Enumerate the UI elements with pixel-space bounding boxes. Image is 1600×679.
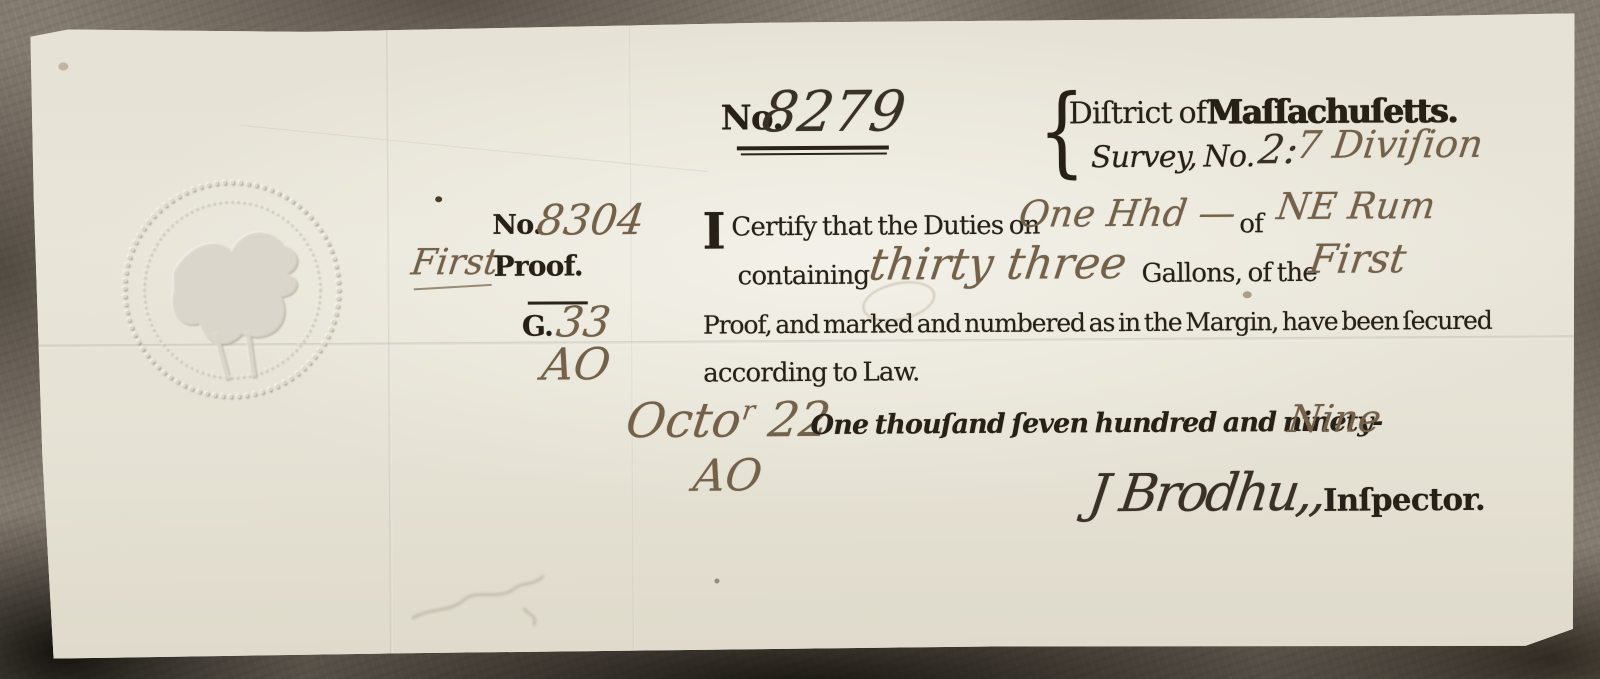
district-prefix: Diſtrict of: [1069, 96, 1207, 132]
date-month-superscript: r: [740, 395, 757, 426]
survey-label: Survey, No.: [1091, 139, 1255, 175]
dateline-initials-handwritten: AO: [690, 450, 765, 501]
certificate-no-value-handwritten: 8279: [758, 79, 909, 145]
inspector-signature-handwritten: J Brodhu,,: [1085, 463, 1328, 524]
double-underline-top: [737, 145, 889, 150]
margin-gauge-label: G.: [522, 310, 553, 343]
margin-clause-text: Proof, and marked and numbered as in the…: [703, 306, 1492, 340]
quantity-handwritten: One Hhd —: [1016, 191, 1238, 235]
embossed-eagle-seal-icon: [115, 173, 348, 406]
vertical-fold-crease: [386, 21, 393, 657]
containing-text: containing: [738, 261, 870, 292]
margin-proof-label: Proof.: [493, 249, 582, 283]
year-handwritten: Nine: [1286, 396, 1384, 441]
curly-brace: {: [1038, 74, 1085, 188]
survey-division-handwritten: 7 Diviſion: [1294, 122, 1486, 167]
of-text: of: [1239, 209, 1263, 239]
law-text: according to Law.: [703, 357, 919, 388]
margin-no-value-handwritten: 8304: [534, 195, 647, 245]
gallons-text: Gallons, of the: [1142, 258, 1317, 289]
margin-initials-handwritten: AO: [539, 339, 614, 390]
certify-text: Certify that the Duties on: [731, 211, 1039, 243]
ink-speck: [1243, 291, 1252, 298]
drop-initial: I: [702, 201, 725, 260]
paper-blemish: [58, 62, 68, 70]
stone-background: No. 8279 { Diſtrict of Maſſachuſetts. Su…: [0, 0, 1600, 679]
ink-speck: [435, 196, 442, 202]
gallons-value-handwritten: thirty three: [866, 238, 1130, 291]
proof-value-handwritten: First: [1306, 236, 1408, 283]
inspector-title: Inſpector.: [1323, 482, 1485, 519]
margin-proof-qualifier-handwritten: First: [409, 242, 501, 284]
commodity-handwritten: NE Rum: [1274, 184, 1438, 228]
double-underline-bottom: [741, 152, 887, 155]
ghost-ink-marks: [403, 557, 604, 648]
certificate-paper: No. 8279 { Diſtrict of Maſſachuſetts. Su…: [28, 13, 1580, 658]
date-handwritten: Octor 22: [623, 392, 834, 449]
vertical-fold-crease: [629, 19, 635, 655]
handwritten-underline: [414, 284, 492, 291]
ink-speck: [714, 579, 719, 584]
diagonal-fold-crease: [240, 125, 708, 173]
date-month: Octo: [623, 392, 745, 449]
